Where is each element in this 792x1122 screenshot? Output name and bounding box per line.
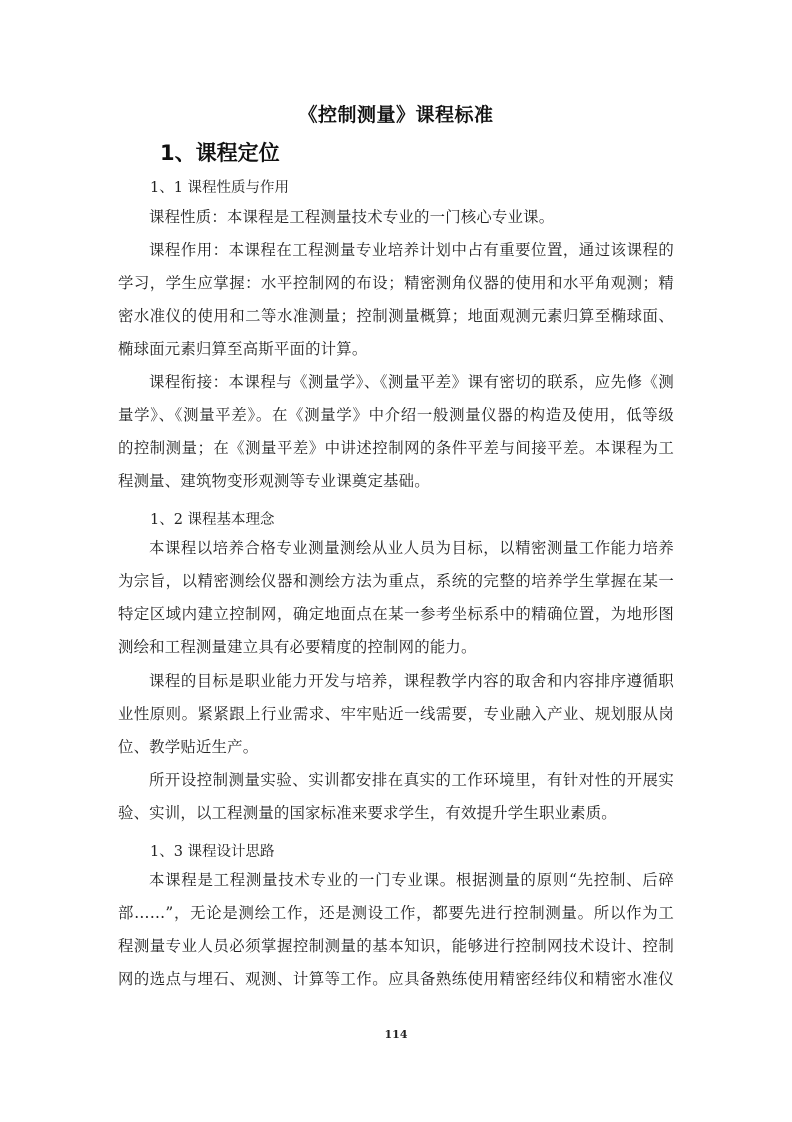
paragraph-course-objective: 课程的目标是职业能力开发与培养，课程教学内容的取舍和内容排序遵循职 业性原则。紧… (118, 665, 674, 764)
text-line: 课程的目标是职业能力开发与培养，课程教学内容的取舍和内容排序遵循职 (118, 665, 674, 698)
subsection-heading-nature-and-role: 1、1 课程性质与作用 (150, 176, 289, 197)
text-line: 业性原则。紧紧跟上行业需求、牢牢贴近一线需要，专业融入产业、规划服从岗 (118, 698, 674, 731)
text-line: 量学》、《测量平差》。在《测量学》中介绍一般测量仪器的构造及使用，低等级 (118, 399, 674, 432)
paragraph-design-approach: 本课程是工程测量技术专业的一门专业课。根据测量的原则“先控制、后碎 部……”，无… (118, 864, 674, 996)
subsection-heading-design-approach: 1、3 课程设计思路 (150, 840, 275, 861)
document-page: 《控制测量》课程标准 1、课程定位 1、1 课程性质与作用 课程性质：本课程是工… (0, 0, 792, 1122)
text-line: 课程衔接：本课程与《测量学》、《测量平差》课有密切的联系，应先修《测 (118, 366, 674, 399)
text-line: 部……”，无论是测绘工作，还是测设工作，都要先进行控制测量。所以作为工 (118, 897, 674, 930)
subsection-heading-basic-concept: 1、2 课程基本理念 (150, 508, 275, 529)
page-number: 114 (0, 1028, 792, 1041)
text-line: 位、教学贴近生产。 (118, 731, 674, 764)
text-line: 课程作用：本课程在工程测量专业培养计划中占有重要位置，通过该课程的 (118, 234, 674, 267)
paragraph-course-role: 课程作用：本课程在工程测量专业培养计划中占有重要位置，通过该课程的 学习，学生应… (118, 234, 674, 366)
text-line: 本课程以培养合格专业测量测绘从业人员为目标，以精密测量工作能力培养 (118, 532, 674, 565)
text-line: 程测量专业人员必须掌握控制测量的基本知识，能够进行控制网技术设计、控制 (118, 930, 674, 963)
text-line: 密水准仪的使用和二等水准测量；控制测量概算；地面观测元素归算至椭球面、 (118, 300, 674, 333)
document-title: 《控制测量》课程标准 (0, 100, 792, 127)
paragraph-course-nature: 课程性质：本课程是工程测量技术专业的一门核心专业课。 (118, 201, 674, 234)
text-line: 学习，学生应掌握：水平控制网的布设；精密测角仪器的使用和水平角观测；精 (118, 267, 674, 300)
text-line: 椭球面元素归算至高斯平面的计算。 (118, 333, 674, 366)
text-line: 网的选点与埋石、观测、计算等工作。应具备熟练使用精密经纬仪和精密水准仪 (118, 963, 674, 996)
paragraph-course-connection: 课程衔接：本课程与《测量学》、《测量平差》课有密切的联系，应先修《测 量学》、《… (118, 366, 674, 498)
section-heading-course-positioning: 1、课程定位 (160, 137, 280, 167)
text-line: 特定区域内建立控制网，确定地面点在某一参考坐标系中的精确位置，为地形图 (118, 598, 674, 631)
text-line: 为宗旨，以精密测绘仪器和测绘方法为重点，系统的完整的培养学生掌握在某一 (118, 565, 674, 598)
text-line: 所开设控制测量实验、实训都安排在真实的工作环境里，有针对性的开展实 (118, 764, 674, 797)
paragraph-experiments-training: 所开设控制测量实验、实训都安排在真实的工作环境里，有针对性的开展实 验、实训，以… (118, 764, 674, 830)
text-line: 课程性质：本课程是工程测量技术专业的一门核心专业课。 (118, 201, 674, 234)
text-line: 验、实训，以工程测量的国家标准来要求学生，有效提升学生职业素质。 (118, 797, 674, 830)
text-line: 测绘和工程测量建立具有必要精度的控制网的能力。 (118, 631, 674, 664)
text-line: 的控制测量；在《测量平差》中讲述控制网的条件平差与间接平差。本课程为工 (118, 432, 674, 465)
text-line: 程测量、建筑物变形观测等专业课奠定基础。 (118, 465, 674, 498)
paragraph-training-goal: 本课程以培养合格专业测量测绘从业人员为目标，以精密测量工作能力培养 为宗旨，以精… (118, 532, 674, 664)
text-line: 本课程是工程测量技术专业的一门专业课。根据测量的原则“先控制、后碎 (118, 864, 674, 897)
